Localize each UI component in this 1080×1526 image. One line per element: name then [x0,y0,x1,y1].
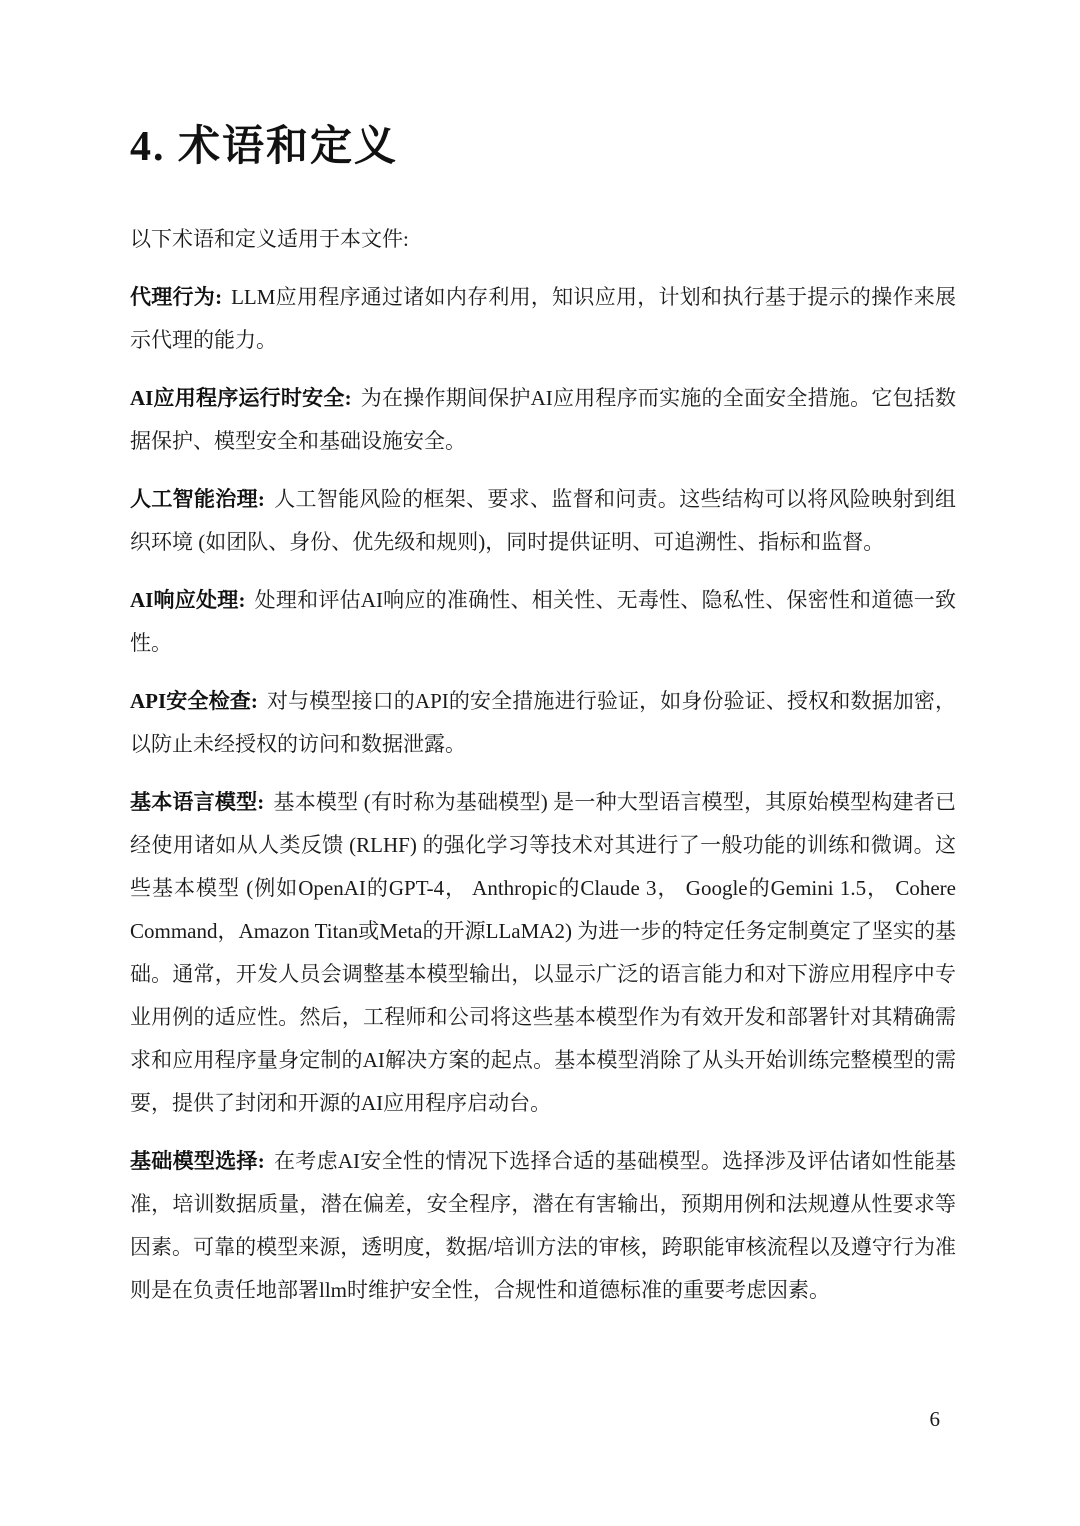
definition-term: AI响应处理: [130,588,245,612]
definition-term: AI应用程序运行时安全: [130,386,352,410]
definition-ai-response-handling: AI响应处理:处理和评估AI响应的准确性、相关性、无毒性、隐私性、保密性和道德一… [130,579,956,665]
intro-text: 以下术语和定义适用于本文件: [130,218,956,261]
page-number: 6 [930,1398,941,1441]
definition-text: LLM应用程序通过诸如内存利用，知识应用，计划和执行基于提示的操作来展示代理的能… [130,285,956,352]
document-page: 4. 术语和定义 以下术语和定义适用于本文件: 代理行为:LLM应用程序通过诸如… [0,0,1080,1526]
definition-term: 基础模型选择: [130,1149,265,1173]
definition-ai-governance: 人工智能治理:人工智能风险的框架、要求、监督和问责。这些结构可以将风险映射到组织… [130,478,956,564]
definition-agentic-behavior: 代理行为:LLM应用程序通过诸如内存利用，知识应用，计划和执行基于提示的操作来展… [130,276,956,362]
definition-ai-app-runtime-security: AI应用程序运行时安全:为在操作期间保护AI应用程序而实施的全面安全措施。它包括… [130,377,956,463]
definition-term: 基本语言模型: [130,790,264,814]
definition-text: 基本模型 (有时称为基础模型) 是一种大型语言模型，其原始模型构建者已经使用诸如… [130,790,956,1115]
section-title: 4. 术语和定义 [130,122,956,172]
definition-term: 代理行为: [130,285,222,309]
definition-text: 处理和评估AI响应的准确性、相关性、无毒性、隐私性、保密性和道德一致性。 [130,588,956,655]
definition-api-security-check: API安全检查:对与模型接口的API的安全措施进行验证，如身份验证、授权和数据加… [130,680,956,766]
definition-base-model-selection: 基础模型选择:在考虑AI安全性的情况下选择合适的基础模型。选择涉及评估诸如性能基… [130,1140,956,1312]
definition-term: API安全检查: [130,689,258,713]
definition-base-language-model: 基本语言模型:基本模型 (有时称为基础模型) 是一种大型语言模型，其原始模型构建… [130,781,956,1125]
definition-term: 人工智能治理: [130,487,265,511]
